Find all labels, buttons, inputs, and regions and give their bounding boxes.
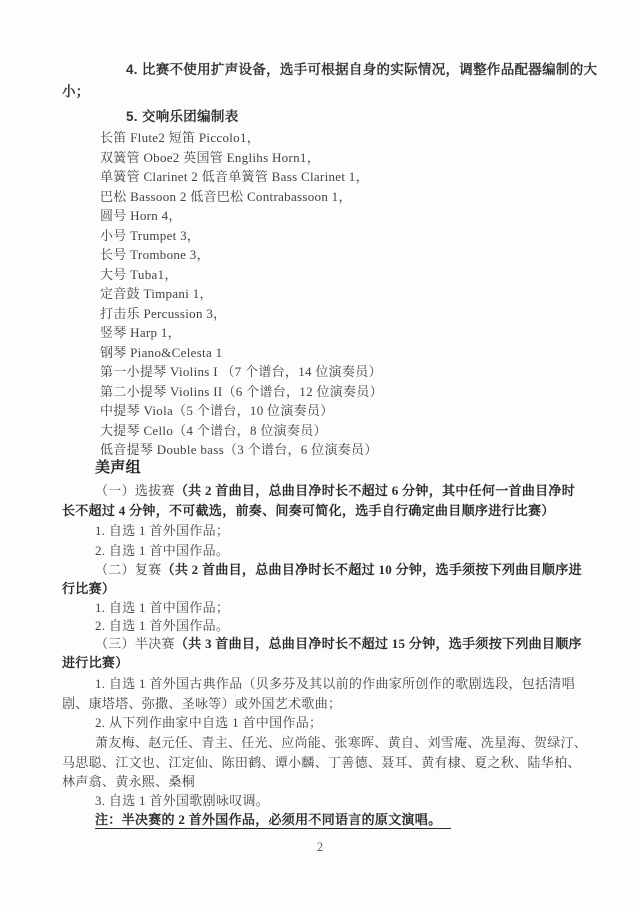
text-segment: 打击乐 Percussion 3， [100, 306, 226, 321]
text-segment: 小； [62, 84, 90, 99]
text-segment: 第二小提琴 Violins II（6 个谱台，12 位演奏员） [100, 384, 383, 399]
document-page: 4. 比赛不使用扩声设备，选手可根据自身的实际情况，调整作品配器编制的大小；5.… [0, 0, 640, 905]
text-segment: 3. 自选 1 首外国歌剧咏叹调。 [95, 793, 269, 808]
round2-item-2: 2. 自选 1 首外国作品。 [95, 618, 229, 633]
text-segment: （共 2 首曲目，总曲目净时长不超过 6 分钟，其中任何一首曲目净时 [175, 483, 575, 498]
text-segment: 萧友梅、赵元任、青主、任光、应尚能、张寒晖、黄自、刘雪庵、冼星海、贺绿汀、 [95, 735, 587, 750]
orchestra-timpani: 定音鼓 Timpani 1， [100, 286, 213, 301]
round1-selection-line-1: （一）选拔赛（共 2 首曲目，总曲目净时长不超过 6 分钟，其中任何一首曲目净时 [95, 483, 575, 498]
orchestra-percussion: 打击乐 Percussion 3， [100, 306, 226, 321]
text-segment: （共 3 首曲目，总曲目净时长不超过 15 分钟，选手须按下列曲目顺序 [175, 636, 582, 651]
text-segment: 大提琴 Cello（4 个谱台，8 位演奏员） [100, 423, 327, 438]
orchestra-piano: 钢琴 Piano&Celesta 1 [100, 345, 222, 360]
orchestra-bassoon: 巴松 Bassoon 2 低音巴松 Contrabassoon 1， [100, 189, 352, 204]
round3-item-3: 3. 自选 1 首外国歌剧咏叹调。 [95, 793, 269, 808]
round3-item-1-line-1: 1. 自选 1 首外国古典作品（贝多芬及其以前的作曲家所创作的歌剧选段，包括清唱 [95, 676, 575, 691]
text-segment: 双簧管 Oboe2 英国管 Englihs Horn1， [100, 150, 320, 165]
round2-item-1: 1. 自选 1 首中国作品； [95, 600, 229, 615]
orchestra-flute: 长笛 Flute2 短笛 Piccolo1， [100, 130, 260, 145]
orchestra-harp: 竖琴 Harp 1， [100, 325, 181, 340]
text-segment: 剧、康塔塔、弥撒、圣咏等）或外国艺术歌曲； [62, 696, 341, 711]
text-segment: 小号 Trumpet 3， [100, 228, 200, 243]
composer-list-line-1: 萧友梅、赵元任、青主、任光、应尚能、张寒晖、黄自、刘雪庵、冼星海、贺绿汀、 [95, 735, 587, 750]
round3-item-2: 2. 从下列作曲家中自选 1 首中国作品； [95, 715, 322, 730]
rule-5-heading: 5. 交响乐团编制表 [126, 109, 239, 124]
orchestra-double-bass: 低音提琴 Double bass（3 个谱台，6 位演奏员） [100, 442, 378, 457]
orchestra-oboe: 双簧管 Oboe2 英国管 Englihs Horn1， [100, 150, 320, 165]
text-segment: （共 2 首曲目，总曲目净时长不超过 10 分钟，选手须按下列曲目顺序进 [162, 562, 582, 577]
text-segment: 1. 自选 1 首外国作品； [95, 523, 229, 538]
round3-item-1-line-2: 剧、康塔塔、弥撒、圣咏等）或外国艺术歌曲； [62, 696, 341, 711]
text-segment: 中提琴 Viola（5 个谱台，10 位演奏员） [100, 403, 334, 418]
round3-semifinal-line-2: 进行比赛） [62, 655, 129, 670]
text-segment: 长号 Trombone 3， [100, 247, 210, 262]
text-segment: 巴松 Bassoon 2 低音巴松 Contrabassoon 1， [100, 189, 352, 204]
composer-list-line-2: 马思聪、江文也、江定仙、陈田鹤、谭小麟、丁善德、聂耳、黄有棣、夏之秋、陆华柏、 [62, 755, 581, 770]
text-segment: 长不超过 4 分钟，不可截选，前奏、间奏可简化，选手自行确定曲目顺序进行比赛） [62, 503, 555, 518]
orchestra-trumpet: 小号 Trumpet 3， [100, 228, 200, 243]
round1-item-1: 1. 自选 1 首外国作品； [95, 523, 229, 538]
orchestra-trombone: 长号 Trombone 3， [100, 247, 210, 262]
orchestra-violins-2: 第二小提琴 Violins II（6 个谱台，12 位演奏员） [100, 384, 383, 399]
orchestra-horn: 圆号 Horn 4， [100, 208, 182, 223]
text-segment: 定音鼓 Timpani 1， [100, 286, 213, 301]
text-segment: （二）复赛 [95, 562, 162, 577]
text-segment: 行比赛） [62, 581, 115, 596]
text-segment: （一）选拔赛 [95, 483, 175, 498]
text-segment: 进行比赛） [62, 655, 129, 670]
orchestra-tuba: 大号 Tuba1， [100, 267, 178, 282]
text-segment: 大号 Tuba1， [100, 267, 178, 282]
text-segment: 低音提琴 Double bass（3 个谱台，6 位演奏员） [100, 442, 378, 457]
text-segment: 竖琴 Harp 1， [100, 325, 181, 340]
bel-canto-group-heading: 美声组 [95, 460, 141, 475]
text-segment: 美声组 [95, 459, 141, 476]
text-segment: 5. 交响乐团编制表 [126, 109, 239, 124]
orchestra-cello: 大提琴 Cello（4 个谱台，8 位演奏员） [100, 423, 327, 438]
text-segment: （三）半决赛 [95, 636, 175, 651]
round1-selection-line-2: 长不超过 4 分钟，不可截选，前奏、间奏可简化，选手自行确定曲目顺序进行比赛） [62, 503, 555, 518]
round2-semifinal-line-1: （二）复赛（共 2 首曲目，总曲目净时长不超过 10 分钟，选手须按下列曲目顺序… [95, 562, 582, 577]
semifinal-language-note: 注：半决赛的 2 首外国作品，必须用不同语言的原文演唱。 [95, 812, 451, 827]
round1-item-2: 2. 自选 1 首中国作品。 [95, 543, 229, 558]
text-segment: 长笛 Flute2 短笛 Piccolo1， [100, 130, 260, 145]
text-segment: 林声翕、黄永熙、桑桐 [62, 774, 195, 789]
text-segment: 2. 从下列作曲家中自选 1 首中国作品； [95, 715, 322, 730]
text-segment: 4. 比赛不使用扩声设备，选手可根据自身的实际情况，调整作品配器编制的大 [126, 62, 597, 77]
rule-4-line-2: 小； [62, 84, 90, 99]
rule-4-line-1: 4. 比赛不使用扩声设备，选手可根据自身的实际情况，调整作品配器编制的大 [126, 62, 597, 77]
text-segment: 注：半决赛的 2 首外国作品，必须用不同语言的原文演唱。 [95, 812, 451, 829]
text-segment: 第一小提琴 Violins I （7 个谱台，14 位演奏员） [100, 364, 382, 379]
round3-semifinal-line-1: （三）半决赛（共 3 首曲目，总曲目净时长不超过 15 分钟，选手须按下列曲目顺… [95, 636, 582, 651]
text-segment: 1. 自选 1 首外国古典作品（贝多芬及其以前的作曲家所创作的歌剧选段，包括清唱 [95, 676, 575, 691]
text-segment: 2. 自选 1 首中国作品。 [95, 543, 229, 558]
composer-list-line-3: 林声翕、黄永熙、桑桐 [62, 774, 195, 789]
text-segment: 1. 自选 1 首中国作品； [95, 600, 229, 615]
round2-semifinal-line-2: 行比赛） [62, 581, 115, 596]
orchestra-violins-1: 第一小提琴 Violins I （7 个谱台，14 位演奏员） [100, 364, 382, 379]
orchestra-viola: 中提琴 Viola（5 个谱台，10 位演奏员） [100, 403, 334, 418]
page-number: 2 [0, 840, 640, 855]
orchestra-clarinet: 单簧管 Clarinet 2 低音单簧管 Bass Clarinet 1， [100, 169, 369, 184]
text-segment: 圆号 Horn 4， [100, 208, 182, 223]
text-segment: 单簧管 Clarinet 2 低音单簧管 Bass Clarinet 1， [100, 169, 369, 184]
text-segment: 钢琴 Piano&Celesta 1 [100, 345, 222, 360]
text-segment: 马思聪、江文也、江定仙、陈田鹤、谭小麟、丁善德、聂耳、黄有棣、夏之秋、陆华柏、 [62, 755, 581, 770]
text-segment: 2. 自选 1 首外国作品。 [95, 618, 229, 633]
